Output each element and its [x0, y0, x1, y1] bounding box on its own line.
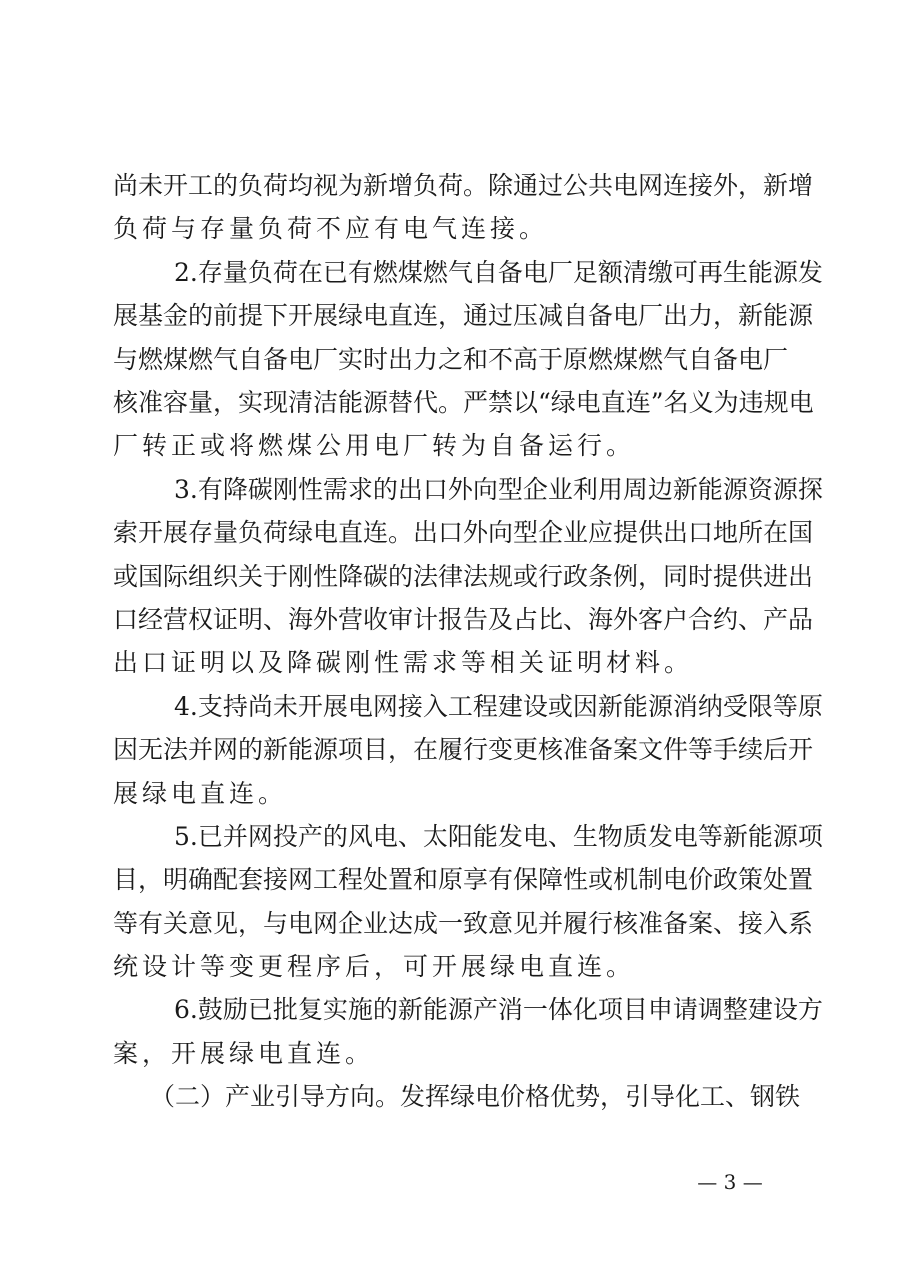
text-line: 口经营权证明、海外营收审计报告及占比、海外客户合约、产品: [113, 600, 783, 640]
text-line: 5.已并网投产的风电、太阳能发电、生物质发电等新能源项: [174, 817, 783, 857]
text-line: 目，明确配套接网工程处置和原享有保障性或机制电价政策处置: [113, 860, 783, 900]
text-line: 展基金的前提下开展绿电直连，通过压减自备电厂出力，新能源: [113, 296, 783, 336]
text-line: 案，开展绿电直连。: [113, 1034, 374, 1074]
page-number: — 3 —: [690, 1167, 770, 1197]
text-line: 或国际组织关于刚性降碳的法律法规或行政条例，同时提供进出: [113, 557, 783, 597]
text-line: 出口证明以及降碳刚性需求等相关证明材料。: [113, 643, 693, 683]
text-line: 负荷与存量负荷不应有电气连接。: [113, 209, 548, 249]
text-line: 索开展存量负荷绿电直连。出口外向型企业应提供出口地所在国: [113, 513, 783, 553]
text-line: 与燃煤燃气自备电厂实时出力之和不高于原燃煤燃气自备电厂: [113, 340, 753, 380]
text-line: 统设计等变更程序后，可开展绿电直连。: [113, 947, 635, 987]
document-page: 尚未开工的负荷均视为新增负荷。除通过公共电网连接外，新增 负荷与存量负荷不应有电…: [0, 0, 900, 1272]
text-line: 尚未开工的负荷均视为新增负荷。除通过公共电网连接外，新增: [113, 166, 783, 206]
text-line: 展绿电直连。: [113, 774, 287, 814]
text-line: 4.支持尚未开展电网接入工程建设或因新能源消纳受限等原: [174, 687, 783, 727]
text-line: 2.存量负荷在已有燃煤燃气自备电厂足额清缴可再生能源发: [174, 253, 783, 293]
text-line: 等有关意见，与电网企业达成一致意见并履行核准备案、接入系: [113, 904, 783, 944]
text-line: 因无法并网的新能源项目，在履行变更核准备案文件等手续后开: [113, 730, 783, 770]
text-line: 厂转正或将燃煤公用电厂转为自备运行。: [113, 426, 635, 466]
text-line: 3.有降碳刚性需求的出口外向型企业利用周边新能源资源探: [174, 470, 783, 510]
section-heading-line: （二）产业引导方向。发挥绿电价格优势，引导化工、钢铁: [150, 1077, 783, 1117]
text-line: 6.鼓励已批复实施的新能源产消一体化项目申请调整建设方: [174, 990, 783, 1030]
text-line: 核准容量，实现清洁能源替代。严禁以“绿电直连”名义为违规电: [113, 383, 783, 423]
